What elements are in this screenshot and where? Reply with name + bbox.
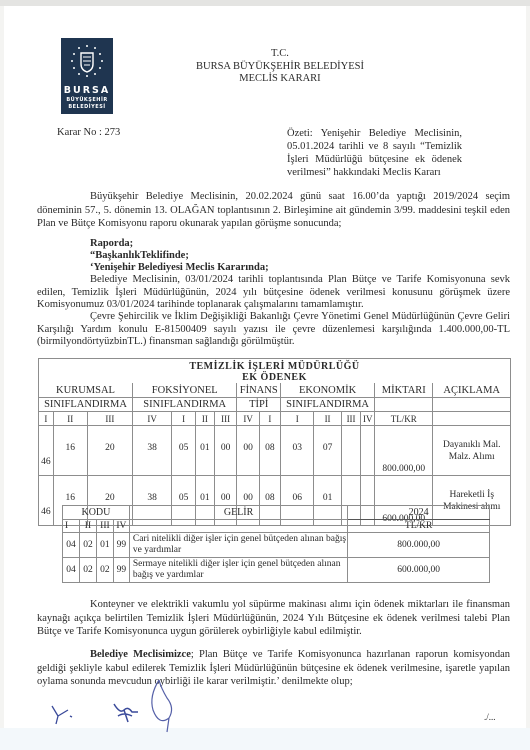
roman-cell: IV <box>361 412 375 426</box>
col-miktari: MİKTARI <box>375 383 433 398</box>
col-group-kurumsal: KURUMSAL <box>39 383 133 398</box>
code-cell: 05 <box>172 426 196 476</box>
table-row: 04 02 01 99 Cari nitelikli diğer işler i… <box>63 533 490 558</box>
roman-cell: I <box>281 412 314 426</box>
code-cell: 08 <box>259 426 280 476</box>
cevre-text: Çevre Şehircilik ve İklim Değişikliği Ba… <box>37 311 510 347</box>
code-cell: 04 <box>63 533 80 558</box>
col-subgroup: TİPİ <box>237 398 281 412</box>
roman-header-row: I II III IV TL/KR <box>63 520 490 533</box>
header-tc: T.C. <box>190 48 370 61</box>
col-group-finans: FİNANS <box>237 383 281 398</box>
roman-cell: II <box>53 412 87 426</box>
code-cell: 04 <box>63 558 80 583</box>
col-kodu: KODU <box>63 506 130 520</box>
baskanlik-heading: “BaşkanlıkTeklifinde; <box>90 250 189 261</box>
code-cell: 01 <box>96 533 113 558</box>
code-cell: 03 <box>281 426 314 476</box>
header-org: BURSA BÜYÜKŞEHİR BELEDİYESİ <box>190 61 370 74</box>
code-cell <box>361 426 375 476</box>
ek-odenek-table: TEMİZLİK İŞLERİ MÜDÜRLÜĞÜ EK ÖDENEK KURU… <box>38 358 511 526</box>
code-cell: 02 <box>79 533 96 558</box>
roman-cell: III <box>87 412 132 426</box>
table-title-line1: TEMİZLİK İŞLERİ MÜDÜRLÜĞÜ <box>39 361 510 372</box>
table-row: 46 16 20 38 05 01 00 00 08 03 07 800.000… <box>39 426 511 476</box>
roman-cell: III <box>96 520 113 533</box>
empty-cell <box>129 520 347 533</box>
code-cell: 01 <box>195 426 214 476</box>
final-bold-text: Belediye Meclisimizce <box>90 649 191 660</box>
roman-cell: IV <box>133 412 172 426</box>
roman-header-row: I II III IV I II III IV I I II III IV TL… <box>39 412 511 426</box>
col-year: 2024 <box>348 506 490 520</box>
roman-cell: III <box>341 412 360 426</box>
roman-cell: II <box>79 520 96 533</box>
continuation-mark: ./... <box>484 712 496 722</box>
intro-text: Büyükşehir Belediye Meclisinin, 20.02.20… <box>37 191 510 229</box>
empty-cell <box>375 398 433 412</box>
city-crest-icon <box>70 44 104 78</box>
col-group-ekonomik: EKONOMİK <box>281 383 375 398</box>
col-subgroup: SINIFLANDIRMA <box>39 398 133 412</box>
empty-cell <box>433 412 511 426</box>
konteyner-text: Konteyner ve elektrikli vakumlu yol süpü… <box>37 599 510 637</box>
unit-cell: TL/KR <box>375 412 433 426</box>
logo-word-belediyesi: BELEDİYESİ <box>61 104 113 110</box>
roman-cell: III <box>214 412 236 426</box>
description-cell: Cari nitelikli diğer işler için genel bü… <box>129 533 347 558</box>
signature-mark-3 <box>145 678 179 734</box>
document-header: T.C. BURSA BÜYÜKŞEHİR BELEDİYESİ MECLİS … <box>190 48 370 86</box>
unit-cell: TL/KR <box>348 520 490 533</box>
code-cell: 02 <box>79 558 96 583</box>
col-gelir: GELİR <box>129 506 347 520</box>
code-cell: 00 <box>214 426 236 476</box>
logo-word-bursa: BURSA <box>61 85 113 96</box>
meclis-paragraph: Belediye Meclisinin, 03/01/2024 tarihli … <box>37 274 510 312</box>
table-row: 04 02 02 99 Sermaye nitelikli diğer işle… <box>63 558 490 583</box>
roman-cell: I <box>259 412 280 426</box>
table-title-line2: EK ÖDENEK <box>39 372 510 383</box>
roman-cell: II <box>314 412 342 426</box>
col-subgroup: SINIFLANDIRMA <box>281 398 375 412</box>
roman-cell: I <box>39 412 54 426</box>
raporda-heading: Raporda; <box>90 238 133 249</box>
code-cell <box>341 426 360 476</box>
code-cell: 38 <box>133 426 172 476</box>
roman-cell: IV <box>113 520 129 533</box>
meclis-text: Belediye Meclisinin, 03/01/2024 tarihli … <box>37 274 510 310</box>
decision-number: Karar No : 273 <box>57 127 120 138</box>
konteyner-paragraph: Konteyner ve elektrikli vakumlu yol süpü… <box>37 598 510 639</box>
gelir-table: KODU GELİR 2024 I II III IV TL/KR 04 02 … <box>62 505 490 583</box>
code-cell: 46 <box>39 476 54 526</box>
code-cell: 99 <box>113 533 129 558</box>
roman-cell: I <box>172 412 196 426</box>
empty-cell <box>433 398 511 412</box>
code-cell: 02 <box>96 558 113 583</box>
col-aciklama: AÇIKLAMA <box>433 383 511 398</box>
cevre-paragraph: Çevre Şehircilik ve İklim Değişikliği Ba… <box>37 311 510 349</box>
roman-cell: IV <box>237 412 259 426</box>
code-cell: 00 <box>237 426 259 476</box>
bursa-logo: BURSA BÜYÜKŞEHİR BELEDİYESİ <box>61 38 113 114</box>
header-doc-type: MECLİS KARARI <box>190 73 370 86</box>
roman-cell: I <box>63 520 80 533</box>
code-cell: 46 <box>39 426 54 476</box>
signature-mark-1 <box>48 700 78 728</box>
col-subgroup: SINIFLANDIRMA <box>133 398 237 412</box>
code-cell: 07 <box>314 426 342 476</box>
roman-cell: II <box>195 412 214 426</box>
logo-word-buyuksehir: BÜYÜKŞEHİR <box>61 97 113 103</box>
table-title: TEMİZLİK İŞLERİ MÜDÜRLÜĞÜ EK ÖDENEK <box>39 359 511 384</box>
signature-mark-2 <box>110 700 142 728</box>
amount-cell: 600.000,00 <box>348 558 490 583</box>
code-cell: 16 <box>53 426 87 476</box>
description-cell: Dayanıklı Mal. Malz. Alımı <box>433 426 511 476</box>
summary-block: Özeti: Yenişehir Belediye Meclisinin, 05… <box>287 127 462 179</box>
amount-cell: 800.000,00 <box>375 426 433 476</box>
intro-paragraph: Büyükşehir Belediye Meclisinin, 20.02.20… <box>37 190 510 231</box>
description-cell: Sermaye nitelikli diğer işler için genel… <box>129 558 347 583</box>
yenisehir-heading: ‘Yenişehir Belediyesi Meclis Kararında; <box>90 262 269 273</box>
code-cell: 99 <box>113 558 129 583</box>
scan-bottom-edge <box>0 728 530 750</box>
final-paragraph: Belediye Meclisimizce; Plan Bütçe ve Tar… <box>37 648 510 689</box>
code-cell: 20 <box>87 426 132 476</box>
col-group-foksiyonel: FOKSİYONEL <box>133 383 237 398</box>
amount-cell: 800.000,00 <box>348 533 490 558</box>
